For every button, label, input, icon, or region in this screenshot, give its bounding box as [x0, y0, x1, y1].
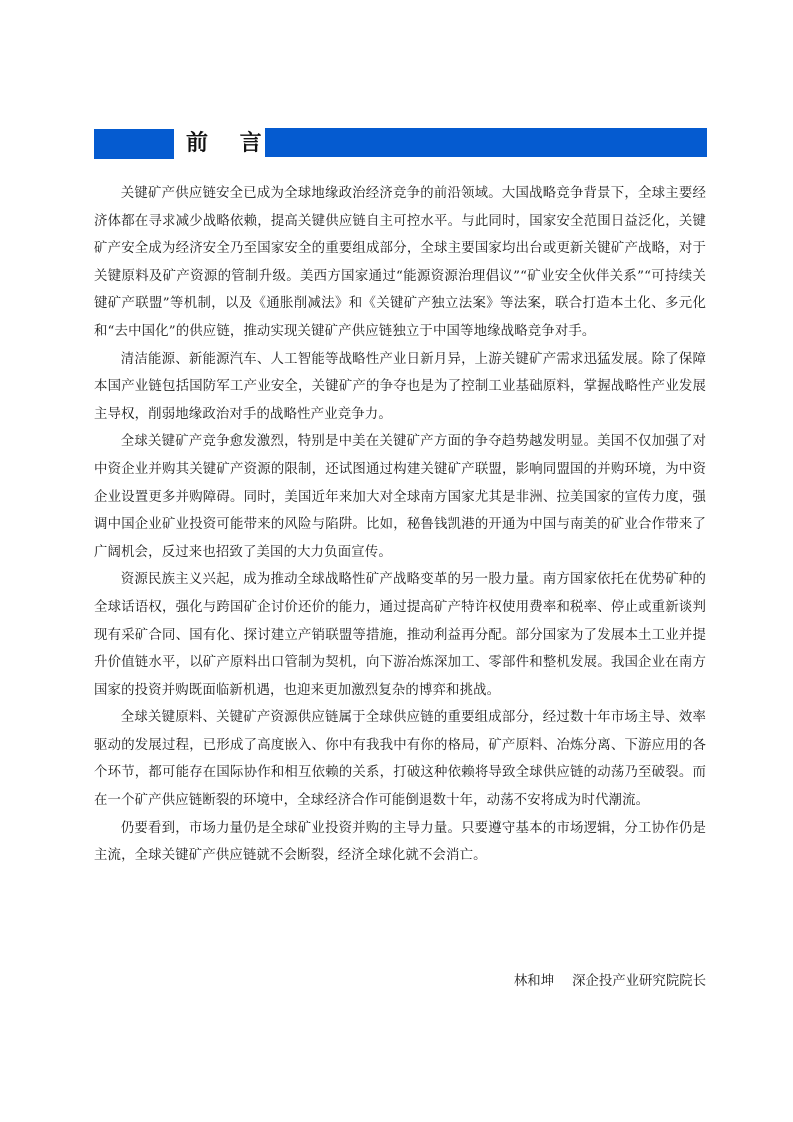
paragraph-1: 关键矿产供应链安全已成为全球地缘政治经济竞争的前沿领域。大国战略竞争背景下，全球…: [94, 180, 706, 346]
signature: 林和坤深企投产业研究院院长: [514, 970, 706, 994]
header-accent-block: [94, 129, 174, 159]
author-title: 深企投产业研究院院长: [572, 974, 706, 989]
author-name: 林和坤: [514, 974, 554, 989]
paragraph-4: 资源民族主义兴起，成为推动全球战略性矿产战略变革的另一股力量。南方国家依托在优势…: [94, 566, 706, 704]
header-accent-bar: [265, 128, 707, 157]
preface-body: 关键矿产供应链安全已成为全球地缘政治经济竞争的前沿领域。大国战略竞争背景下，全球…: [94, 180, 706, 870]
paragraph-2: 清洁能源、新能源汽车、人工智能等战略性产业日新月异，上游关键矿产需求迅猛发展。除…: [94, 346, 706, 429]
section-header: 前 言: [0, 0, 793, 170]
page-title: 前 言: [186, 127, 274, 161]
paragraph-6: 仍要看到，市场力量仍是全球矿业投资并购的主导力量。只要遵守基本的市场逻辑，分工协…: [94, 815, 706, 870]
paragraph-5: 全球关键原料、关键矿产资源供应链属于全球供应链的重要组成部分，经过数十年市场主导…: [94, 704, 706, 814]
paragraph-3: 全球关键矿产竞争愈发激烈，特别是中美在关键矿产方面的争夺趋势越发明显。美国不仅加…: [94, 428, 706, 566]
